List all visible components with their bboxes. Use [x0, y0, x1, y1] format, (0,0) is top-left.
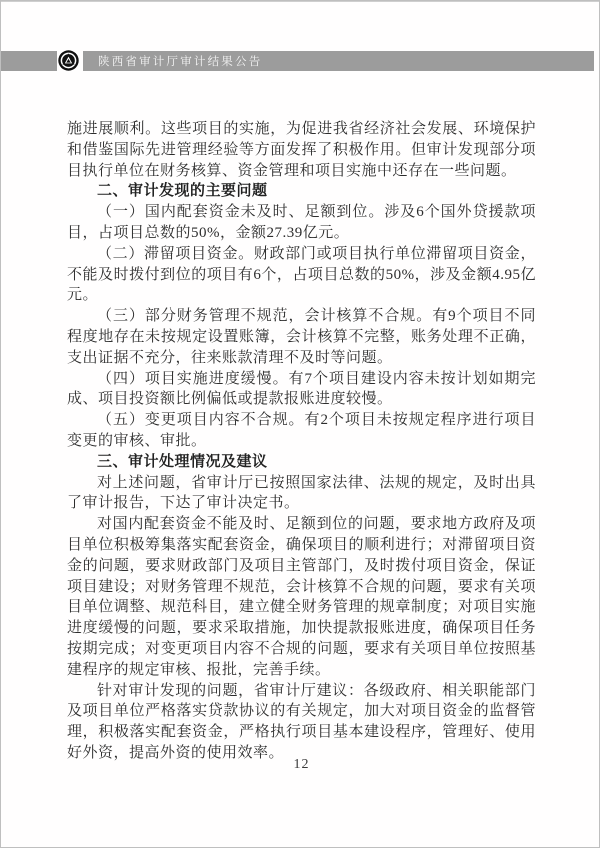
body-paragraph: （五）变更项目内容不合规。有2个项目未按规定程序进行项目变更的审核、审批。 — [67, 410, 536, 452]
audit-emblem-icon — [58, 50, 79, 71]
body-paragraph: 对上述问题，省审计厅已按照国家法律、法规的规定，及时出具了审计报告，下达了审计决… — [67, 473, 536, 515]
body-paragraph: 对国内配套资金不能及时、足额到位的问题，要求地方政府及项目单位积极筹集落实配套资… — [67, 514, 536, 680]
section-heading: 三、审计处理情况及建议 — [67, 452, 536, 473]
body-paragraph: （三）部分财务管理不规范，会计核算不合规。有9个项目不同程度地存在未按规定设置账… — [67, 306, 536, 368]
body-paragraph: （一）国内配套资金未及时、足额到位。涉及6个国外贷援款项目，占项目总数的50%，… — [67, 202, 536, 244]
section-heading: 二、审计发现的主要问题 — [67, 181, 536, 202]
header-bar: 陕西省审计厅审计结果公告 — [83, 51, 594, 71]
document-page: 陕西省审计厅审计结果公告 施进展顺利。这些项目的实施，为促进我省经济社会发展、环… — [0, 0, 600, 848]
body-paragraph: （二）滞留项目资金。财政部门或项目执行单位滞留项目资金，不能及时拨付到位的项目有… — [67, 244, 536, 306]
body-paragraph: （四）项目实施进度缓慢。有7个项目建设内容未按计划如期完成、项目投资额比例偏低或… — [67, 369, 536, 411]
header-bar-left-segment — [1, 51, 57, 71]
body-paragraph: 施进展顺利。这些项目的实施，为促进我省经济社会发展、环境保护和借鉴国际先进管理经… — [67, 119, 536, 181]
body-paragraph: 针对审计发现的问题，省审计厅建议：各级政府、相关职能部门及项目单位严格落实贷款协… — [67, 681, 536, 764]
page-number: 12 — [67, 757, 536, 773]
page-title: 陕西省审计厅审计结果公告 — [83, 53, 262, 69]
document-body: 施进展顺利。这些项目的实施，为促进我省经济社会发展、环境保护和借鉴国际先进管理经… — [67, 119, 536, 764]
